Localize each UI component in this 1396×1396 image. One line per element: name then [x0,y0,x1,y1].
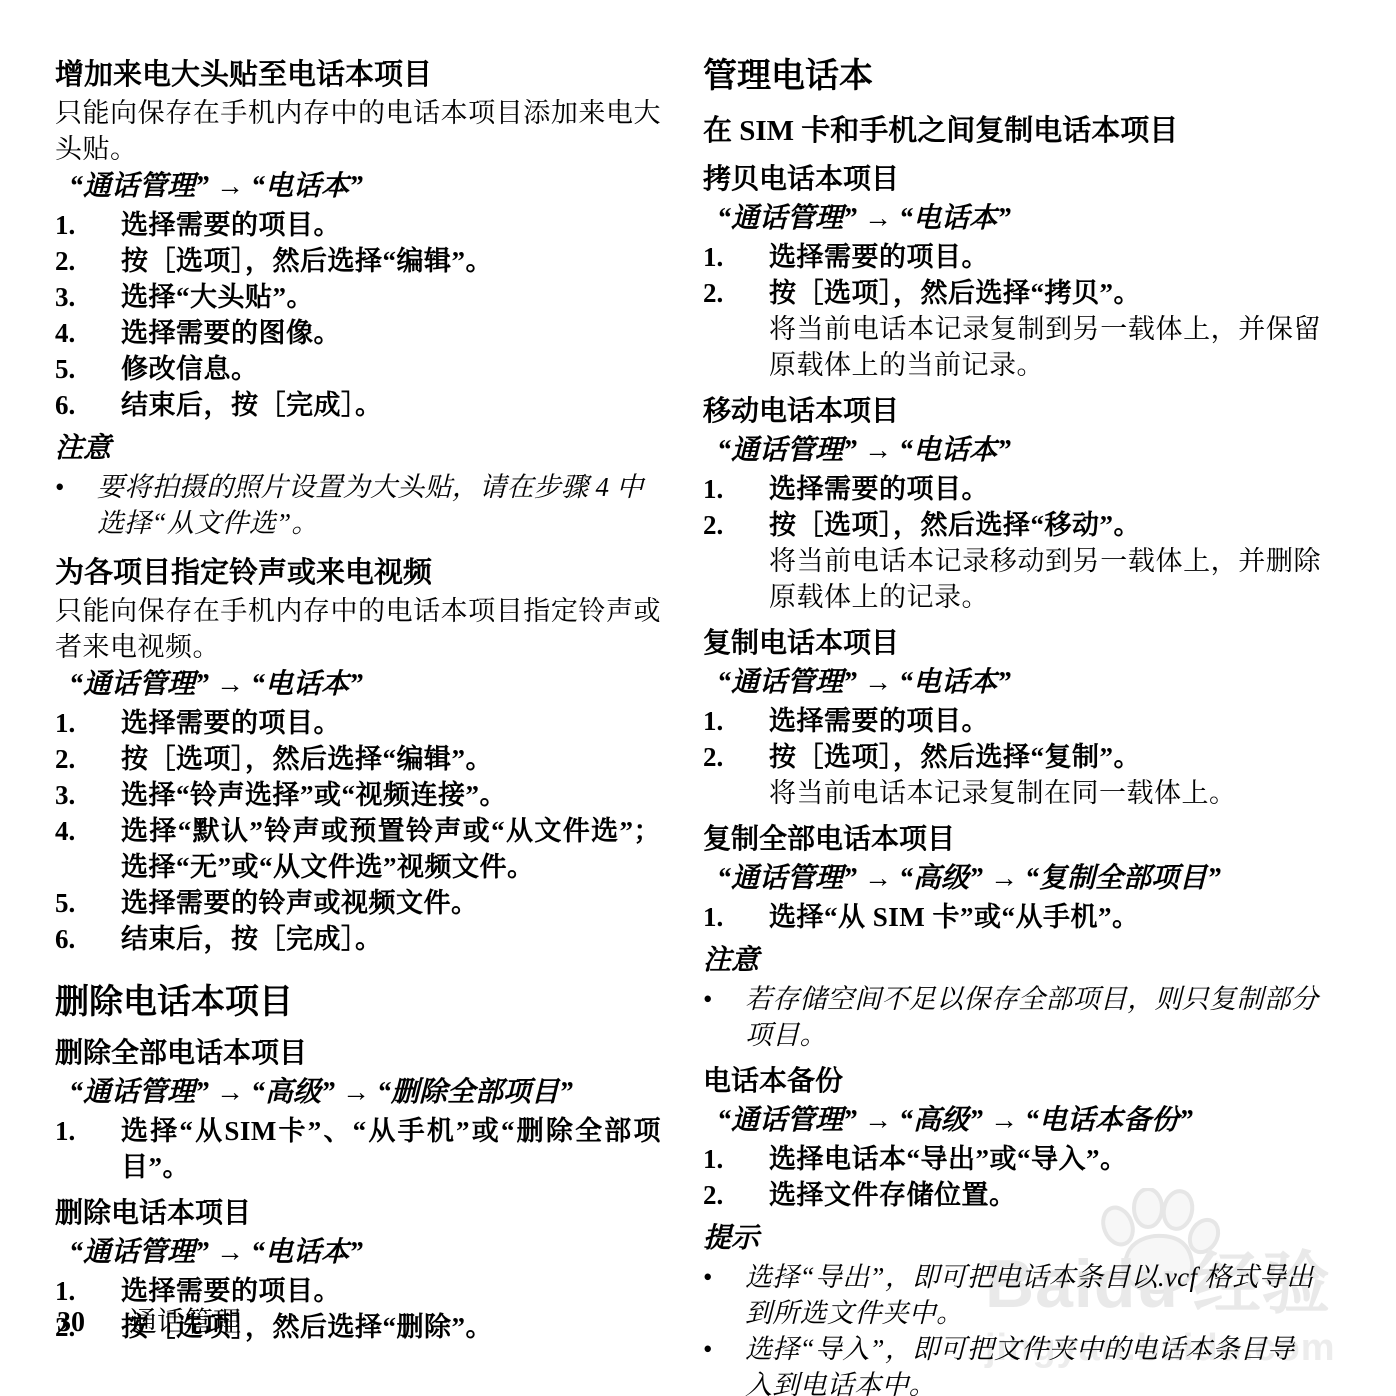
step-description: 将当前电话本记录移动到另一载体上，并删除原载体上的记录。 [769,543,1321,615]
section-title: 删除电话本项目 [55,981,661,1025]
bullet-text: 要将拍摄的照片设置为大头贴，请在步骤 4 中选择“从文件选”。 [97,469,661,541]
step-text: 选择需要的项目。 [121,207,661,243]
step-description: 将当前电话本记录复制到另一载体上，并保留原载体上的当前记录。 [769,311,1321,383]
step-number: 1. [703,239,769,275]
step-item: 5.修改信息。 [55,351,661,387]
footer-section-label: 通话管理 [129,1307,241,1338]
step-item: 1.选择“从SIM卡”、“从手机”或“删除全部项目”。 [55,1113,661,1185]
bullet-text: 若存储空间不足以保存全部项目，则只复制部分项目。 [745,981,1321,1053]
bullet-item: •要将拍摄的照片设置为大头贴，请在步骤 4 中选择“从文件选”。 [55,469,661,541]
subsection-heading: 在 SIM 卡和手机之间复制电话本项目 [703,111,1321,151]
step-number: 6. [55,387,121,423]
topic-heading: 移动电话本项目 [703,393,1321,431]
step-text: 选择“铃声选择”或“视频连接”。 [121,777,661,813]
bullet-icon: • [703,1259,745,1331]
step-number: 1. [55,1113,121,1185]
step-text: 选择“从SIM卡”、“从手机”或“删除全部项目”。 [121,1113,661,1185]
step-description: 将当前电话本记录复制在同一载体上。 [769,775,1321,811]
menu-path: “通话管理” → “高级” → “删除全部项目” [55,1074,661,1112]
bullet-text: 选择“导出”，即可把电话本条目以.vcf 格式导出到所选文件夹中。 [745,1259,1321,1331]
step-item: 1.选择电话本“导出”或“导入”。 [703,1141,1321,1177]
body-text: 只能向保存在手机内存中的电话本项目指定铃声或者来电视频。 [55,593,661,665]
step-number: 1. [55,207,121,243]
menu-path: “通话管理” → “电话本” [703,664,1321,702]
page-number: 30 [57,1307,85,1338]
section-title: 管理电话本 [703,55,1321,99]
menu-path: “通话管理” → “电话本” [703,200,1321,238]
step-number: 4. [55,813,121,885]
step-text: 选择需要的图像。 [121,315,661,351]
note-heading: 注意 [703,941,1321,981]
step-item: 1.选择需要的项目。 [55,705,661,741]
step-item: 2.按［选项］，然后选择“复制”。 [703,739,1321,775]
topic-heading: 复制全部电话本项目 [703,821,1321,859]
bullet-text: 选择“导入”，即可把文件夹中的电话本条目导入到电话本中。 [745,1331,1321,1396]
step-text: 修改信息。 [121,351,661,387]
step-item: 2.选择文件存储位置。 [703,1177,1321,1213]
body-text: 只能向保存在手机内存中的电话本项目添加来电大头贴。 [55,95,661,167]
menu-path: “通话管理” → “高级” → “电话本备份” [703,1102,1321,1140]
subsection-heading: 增加来电大头贴至电话本项目 [55,55,661,95]
step-text: 选择“从 SIM 卡”或“从手机”。 [769,899,1321,935]
step-text: 选择需要的项目。 [769,471,1321,507]
step-text: 结束后，按［完成］。 [121,921,661,957]
right-column: 管理电话本在 SIM 卡和手机之间复制电话本项目拷贝电话本项目“通话管理” → … [703,55,1321,1396]
step-text: 按［选项］，然后选择“移动”。 [769,507,1321,543]
menu-path: “通话管理” → “电话本” [55,168,661,206]
topic-heading: 拷贝电话本项目 [703,161,1321,199]
subsection-heading: 为各项目指定铃声或来电视频 [55,553,661,593]
topic-heading: 电话本备份 [703,1063,1321,1101]
step-text: 选择“大头贴”。 [121,279,661,315]
step-number: 5. [55,885,121,921]
bullet-item: •选择“导入”，即可把文件夹中的电话本条目导入到电话本中。 [703,1331,1321,1396]
step-text: 选择电话本“导出”或“导入”。 [769,1141,1321,1177]
step-number: 2. [703,739,769,775]
step-number: 1. [55,705,121,741]
bullet-item: •若存储空间不足以保存全部项目，则只复制部分项目。 [703,981,1321,1053]
step-item: 4.选择需要的图像。 [55,315,661,351]
step-item: 5.选择需要的铃声或视频文件。 [55,885,661,921]
step-text: 结束后，按［完成］。 [121,387,661,423]
step-number: 1. [703,899,769,935]
step-number: 3. [55,279,121,315]
step-item: 2.按［选项］，然后选择“编辑”。 [55,741,661,777]
step-item: 2.按［选项］，然后选择“编辑”。 [55,243,661,279]
step-text: 按［选项］，然后选择“拷贝”。 [769,275,1321,311]
menu-path: “通话管理” → “电话本” [55,1234,661,1272]
step-number: 3. [55,777,121,813]
bullet-icon: • [703,981,745,1053]
step-item: 2.按［选项］，然后选择“移动”。 [703,507,1321,543]
bullet-icon: • [55,469,97,541]
step-number: 5. [55,351,121,387]
menu-path: “通话管理” → “电话本” [55,666,661,704]
step-text: 按［选项］，然后选择“复制”。 [769,739,1321,775]
step-item: 2.按［选项］，然后选择“拷贝”。 [703,275,1321,311]
topic-heading: 删除电话本项目 [55,1195,661,1233]
step-text: 选择需要的项目。 [769,703,1321,739]
step-number: 1. [703,1141,769,1177]
step-number: 2. [703,1177,769,1213]
page-footer: 30通话管理 [57,1300,241,1340]
step-text: 选择需要的项目。 [769,239,1321,275]
menu-path: “通话管理” → “高级” → “复制全部项目” [703,860,1321,898]
step-item: 1.选择需要的项目。 [703,239,1321,275]
step-number: 2. [703,507,769,543]
step-item: 3.选择“大头贴”。 [55,279,661,315]
step-text: 选择“默认”铃声或预置铃声或“从文件选”；选择“无”或“从文件选”视频文件。 [121,813,661,885]
step-item: 1.选择需要的项目。 [703,703,1321,739]
left-column: 增加来电大头贴至电话本项目只能向保存在手机内存中的电话本项目添加来电大头贴。“通… [55,55,661,1345]
step-text: 按［选项］，然后选择“编辑”。 [121,741,661,777]
step-text: 选择需要的项目。 [121,705,661,741]
step-item: 3.选择“铃声选择”或“视频连接”。 [55,777,661,813]
step-number: 6. [55,921,121,957]
manual-page: Baidu经验 jingyan.baidu.com 增加来电大头贴至电话本项目只… [0,0,1396,1396]
topic-heading: 删除全部电话本项目 [55,1035,661,1073]
bullet-item: •选择“导出”，即可把电话本条目以.vcf 格式导出到所选文件夹中。 [703,1259,1321,1331]
topic-heading: 复制电话本项目 [703,625,1321,663]
step-number: 2. [703,275,769,311]
step-number: 4. [55,315,121,351]
step-number: 1. [703,703,769,739]
step-number: 2. [55,741,121,777]
step-text: 选择需要的铃声或视频文件。 [121,885,661,921]
step-item: 1.选择需要的项目。 [55,207,661,243]
note-heading: 提示 [703,1219,1321,1259]
step-item: 1.选择需要的项目。 [703,471,1321,507]
step-text: 选择文件存储位置。 [769,1177,1321,1213]
step-number: 2. [55,243,121,279]
step-item: 6.结束后，按［完成］。 [55,387,661,423]
step-item: 1.选择“从 SIM 卡”或“从手机”。 [703,899,1321,935]
step-text: 按［选项］，然后选择“编辑”。 [121,243,661,279]
step-item: 6.结束后，按［完成］。 [55,921,661,957]
step-number: 1. [703,471,769,507]
bullet-icon: • [703,1331,745,1396]
step-item: 4.选择“默认”铃声或预置铃声或“从文件选”；选择“无”或“从文件选”视频文件。 [55,813,661,885]
note-heading: 注意 [55,429,661,469]
menu-path: “通话管理” → “电话本” [703,432,1321,470]
